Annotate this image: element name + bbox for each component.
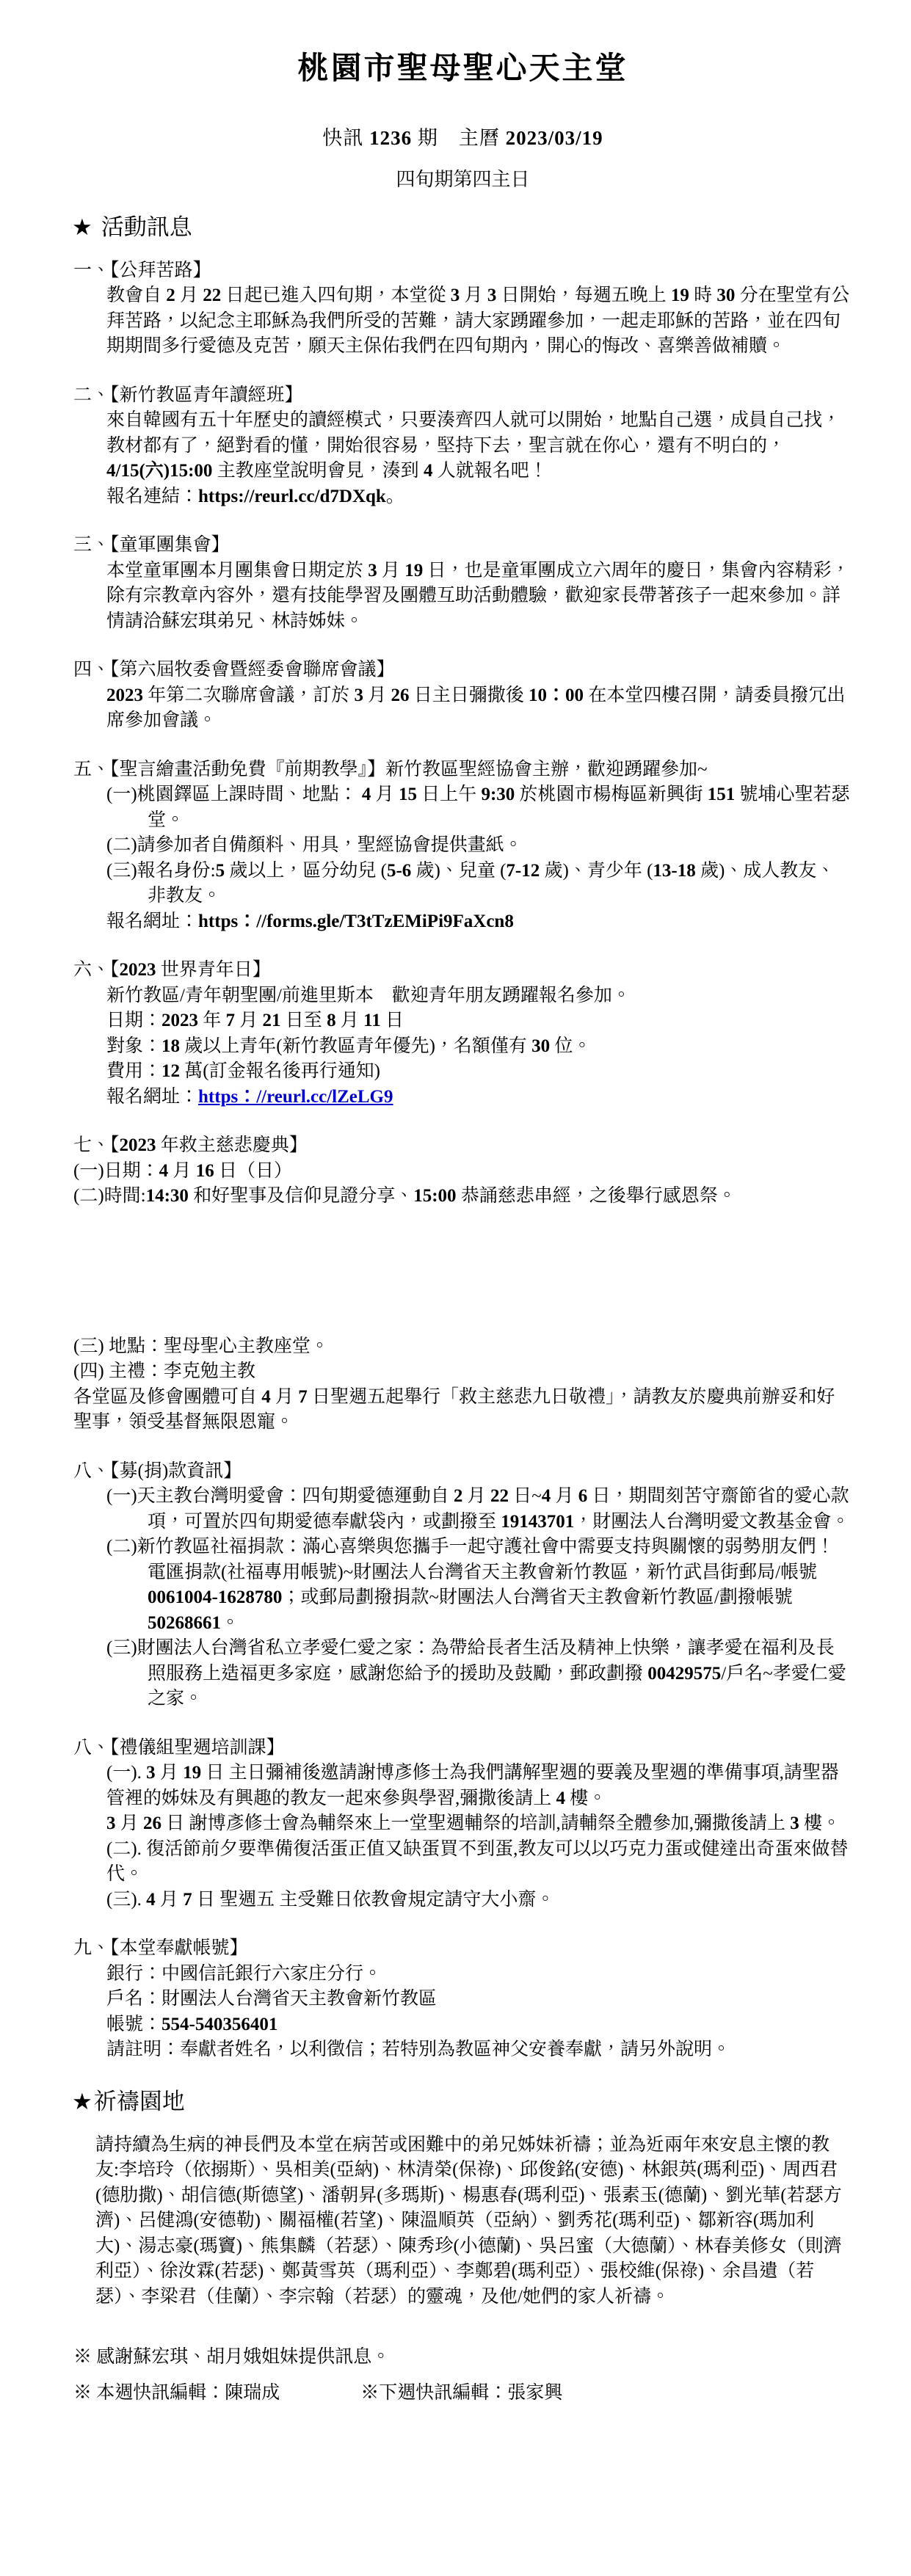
paragraph: 對象：18 歲以上青年(新竹教區青年優先)，名額僅有 30 位。 <box>106 1034 852 1060</box>
list-item: (二)時間:14:30 和好聖事及信仰見證分享、15:00 恭誦慈悲串經，之後舉… <box>73 1184 852 1209</box>
section-public-stations-of-cross: 一、【公拜苦路】教會自 2 月 22 日起已進入四旬期，本堂從 3 月 3 日開… <box>73 258 852 360</box>
section-number: 三、 <box>73 535 110 555</box>
text-run: 【募(捐)款資訊】 <box>110 1461 242 1481</box>
text-run: 【禮儀組聖週培訓課】 <box>110 1738 285 1758</box>
text-run: 月 <box>377 561 405 581</box>
text-run: 2 <box>454 1486 463 1506</box>
text-run: 。 <box>221 1613 239 1633</box>
section-title: 五、【聖言繪畫活動免費『前期教學』】新竹教區聖經協會主辦，歡迎踴躍參加~ <box>73 757 852 783</box>
text-run: 5-6 <box>387 861 411 881</box>
paragraph: 各堂區及修會團體可自 4 月 7 日聖週五起舉行「救主慈悲九日敬禮」，請教友於慶… <box>73 1385 852 1436</box>
text-run: 554-540356401 <box>161 2015 277 2034</box>
text-run: 3 <box>790 1813 799 1833</box>
text-run: 7 <box>298 1387 308 1407</box>
text-run: 時 <box>689 285 717 305</box>
section-number: 九、 <box>73 1938 110 1958</box>
text-run: 19143701 <box>501 1512 574 1532</box>
bulletin-sections: 一、【公拜苦路】教會自 2 月 22 日起已進入四旬期，本堂從 3 月 3 日開… <box>73 258 852 2063</box>
link[interactable]: https：//reurl.cc/lZeLG9 <box>198 1087 393 1107</box>
text-run: 日開始，每週五晚上 <box>496 285 671 305</box>
list-item: (三). 4 月 7 日 聖週五 主受難日依教會規定請守大小齋。 <box>106 1888 852 1913</box>
text-run: 14:30 <box>146 1186 189 1206</box>
item-marker: (一) <box>73 1161 104 1181</box>
text-run: 日（日） <box>214 1161 292 1181</box>
text-run: 【本堂奉獻帳號】 <box>110 1938 248 1958</box>
list-item: (四) 主禮：李克勉主教 <box>73 1359 852 1385</box>
text-run: 月 <box>116 1813 144 1833</box>
text-run: 日期： <box>106 1011 161 1030</box>
paragraph: 教會自 2 月 22 日起已進入四旬期，本堂從 3 月 3 日開始，每週五晚上 … <box>106 283 852 360</box>
text-run: 16 <box>196 1161 214 1181</box>
text-run: 地點：聖母聖心主教座堂。 <box>104 1336 329 1356</box>
text-run: 日上午 <box>417 785 482 804</box>
text-run: 【聖言繪畫活動免費『前期教學』】新竹教區聖經協會主辦，歡迎踴躍參加~ <box>110 760 708 779</box>
text-run: 報名網址： <box>106 1087 198 1107</box>
list-item: 請註明：奉獻者姓名，以利徵信；若特別為教區神父安養奉獻，請另外說明。 <box>106 2037 852 2063</box>
item-marker: (一). <box>106 1763 142 1783</box>
section-title: 八、【募(捐)款資訊】 <box>73 1459 852 1485</box>
text-run: https://reurl.cc/d7DXqk <box>198 487 386 506</box>
parish-title: 桃園市聖母聖心天主堂 <box>73 48 852 91</box>
section-hsinchu-youth-bible-class: 二、【新竹教區青年讀經班】來自韓國有五十年歷史的讀經模式，只要湊齊四人就可以開始… <box>73 383 852 510</box>
thanks-note: ※ 感謝蘇宏琪、胡月娥姐妹提供訊息。 <box>73 2345 852 2371</box>
text-run: 月 <box>460 285 487 305</box>
text-run: 年救主慈悲慶典】 <box>156 1135 308 1155</box>
issue-line: 快訊 1236 期 主曆 2023/03/19 <box>73 125 852 152</box>
item-marker: (三) <box>106 1638 137 1658</box>
prayer-section-header: ★祈禱園地 <box>72 2086 852 2118</box>
text-run: 7-12 <box>506 861 540 881</box>
list-item: 3 月 26 日 謝博彥修士會為輔祭來上一堂聖週輔祭的培訓,請輔祭全體參加,彌撒… <box>106 1811 852 1837</box>
text-run: 2 <box>166 285 175 305</box>
text-run: 費用： <box>106 1061 161 1081</box>
section-number: 五、 <box>73 760 110 779</box>
section-number: 二、 <box>73 385 110 405</box>
list-item: (二)新竹教區社福捐款：滿心喜樂與您攜手一起守護社會中需要支持與關懷的弱勢朋友們… <box>106 1535 852 1636</box>
paragraph: 費用：12 萬(訂金報名後再行通知) <box>106 1059 852 1085</box>
text-run: ，財團法人台灣明愛文教基金會。 <box>574 1512 849 1532</box>
activities-section-header: ★活動訊息 <box>72 212 852 244</box>
text-run: 3 <box>487 285 497 305</box>
text-run: 【童軍團集會】 <box>110 535 230 555</box>
text-run: 復活節前夕要準備復活蛋正值又缺蛋買不到蛋,教友可以以巧克力蛋或健達出奇蛋來做替代… <box>106 1839 848 1885</box>
paragraph: 日期：2023 年 7 月 21 日至 8 月 11 日 <box>106 1008 852 1034</box>
text-run: 日~ <box>509 1486 542 1506</box>
text-run: 帳號： <box>106 2015 161 2034</box>
text-run: 2023 <box>161 1011 198 1030</box>
text-run: 15:00 <box>413 1186 456 1206</box>
prayer-section: ★祈禱園地 請持續為生病的神長們及本堂在病苦或困難中的弟兄姊妹祈禱；並為近兩年來… <box>73 2086 852 2310</box>
footer-notes: ※ 感謝蘇宏琪、胡月娥姐妹提供訊息。 ※ 本週快訊編輯：陳瑞成 ※下週快訊編輯：… <box>73 2345 852 2406</box>
text-run: 來自韓國有五十年歷史的讀經模式，只要湊齊四人就可以開始，地點自己選，成員自己找，… <box>106 410 841 456</box>
text-run: 年第二次聯席會議，訂於 <box>143 685 355 705</box>
section-title: 七、【2023 年救主慈悲慶典】 <box>73 1133 852 1159</box>
text-run: 4/15(六)15:00 <box>106 461 212 481</box>
text-run: 月 <box>271 1387 299 1407</box>
text-run: 月 <box>363 685 391 705</box>
item-marker: (三). <box>106 1890 142 1910</box>
section-number: 八、 <box>73 1738 110 1758</box>
text-run: 8 <box>327 1011 336 1030</box>
text-run: 各堂區及修會團體可自 <box>73 1387 261 1407</box>
text-run: 日 謝博彥修士會為輔祭來上一堂聖週輔祭的培訓,請輔祭全體參加,彌撒後請上 <box>161 1813 790 1833</box>
text-run: 日至 <box>281 1011 327 1030</box>
text-run: ；或郵局劃撥捐款~財團法人台灣省天主教會新竹教區/劃撥帳號 <box>282 1587 792 1607</box>
text-run: 月 <box>336 1011 364 1030</box>
section-title: 一、【公拜苦路】 <box>73 258 852 284</box>
text-run: 月 <box>371 785 399 804</box>
section-title: 九、【本堂奉獻帳號】 <box>73 1936 852 1962</box>
item-marker: (一) <box>106 1486 137 1506</box>
text-run: 月 <box>168 1161 196 1181</box>
text-run: 歲)、青少年 ( <box>540 861 653 881</box>
text-run: 主禮：李克勉主教 <box>104 1361 255 1381</box>
editor-this-week: ※ 本週快訊編輯：陳瑞成 <box>73 2381 280 2406</box>
list-item: (一)日期：4 月 16 日（日） <box>73 1159 852 1185</box>
text-run: 請註明：奉獻者姓名，以利徵信；若特別為教區神父安養奉獻，請另外說明。 <box>106 2040 730 2059</box>
text-run: 7 <box>226 1011 236 1030</box>
list-item: 報名網址：https：//forms.gle/T3tTzEMiPi9FaXcn8 <box>106 909 852 935</box>
text-run: 2023/03/19 <box>506 127 603 149</box>
text-run: 和好聖事及信仰見證分享、 <box>189 1186 413 1206</box>
item-marker: (四) <box>73 1361 104 1381</box>
text-run: 新竹教區社福捐款：滿心喜樂與您攜手一起守護社會中需要支持與關懷的弱勢朋友們！電匯… <box>137 1537 835 1582</box>
item-marker: (二). <box>106 1839 142 1859</box>
text-run: 時間: <box>104 1186 146 1206</box>
text-run: 新竹教區/青年朝聖團/前進里斯本 歡迎青年朋友踴躍報名參加。 <box>106 986 631 1005</box>
list-item: 帳號：554-540356401 <box>106 2012 852 2038</box>
text-run: 月 <box>551 1486 578 1506</box>
text-run: 月 <box>235 1011 263 1030</box>
text-run: 報名身份: <box>137 861 216 881</box>
prayer-paragraph: 請持續為生病的神長們及本堂在病苦或困難中的弟兄姊妹祈禱；並為近兩年來安息主懷的教… <box>95 2133 852 2310</box>
text-run: 萬(訂金報名後再行通知) <box>180 1061 380 1081</box>
text-run: 5 <box>216 861 225 881</box>
text-run: 戶名：財團法人台灣省天主教會新竹教區 <box>106 1989 437 2009</box>
section-scout-troop-meeting: 三、【童軍團集會】本堂童軍團本月團集會日期定於 3 月 19 日，也是童軍團成立… <box>73 533 852 634</box>
text-run: 年 <box>198 1011 226 1030</box>
text-run: https：//forms.gle/T3tTzEMiPi9FaXcn8 <box>198 912 514 931</box>
text-run: 15 <box>399 785 417 804</box>
list-item: (一)桃園鐸區上課時間、地點： 4 月 15 日上午 9:30 於桃園市楊梅區新… <box>106 782 852 833</box>
text-run: 報名網址： <box>106 912 198 931</box>
text-run: 12 <box>161 1061 180 1081</box>
text-run: 26 <box>391 685 410 705</box>
section-joint-council-meeting: 四、【第六屆牧委會暨經委會聯席會議】2023 年第二次聯席會議，訂於 3 月 2… <box>73 658 852 734</box>
text-run: 19 <box>404 561 423 581</box>
section-bible-painting-activity: 五、【聖言繪畫活動免費『前期教學』】新竹教區聖經協會主辦，歡迎踴躍參加~(一)桃… <box>73 757 852 935</box>
star-icon: ★ <box>72 2089 92 2114</box>
section-title: 三、【童軍團集會】 <box>73 533 852 559</box>
text-run: 9:30 <box>481 785 515 804</box>
text-run: 10：00 <box>529 685 584 705</box>
text-run: 11 <box>363 1011 381 1030</box>
bulletin-page: 桃園市聖母聖心天主堂 快訊 1236 期 主曆 2023/03/19 四旬期第四… <box>0 0 911 2576</box>
list-item: (三)報名身份:5 歲以上，區分幼兒 (5-6 歲)、兒童 (7-12 歲)、青… <box>106 859 852 909</box>
text-run: 1236 <box>369 127 412 149</box>
section-number: 四、 <box>73 660 110 680</box>
text-run: 恭誦慈悲串經，之後舉行感恩祭。 <box>457 1186 736 1206</box>
text-run: 教會自 <box>106 285 166 305</box>
text-run: 【 <box>110 960 120 980</box>
text-run: 【公拜苦路】 <box>110 261 211 280</box>
text-run: 世界青年日】 <box>156 960 271 980</box>
text-run: 22 <box>203 285 221 305</box>
text-run: 人就報名吧！ <box>432 461 547 481</box>
activities-label: 活動訊息 <box>101 214 192 240</box>
section-parish-donation-account: 九、【本堂奉獻帳號】銀行：中國信託銀行六家庄分行。戶名：財團法人台灣省天主教會新… <box>73 1936 852 2063</box>
text-run: 18 <box>161 1036 180 1056</box>
section-number: 七、 <box>73 1135 110 1155</box>
text-run: 7 <box>183 1890 192 1910</box>
text-run: 位。 <box>550 1036 591 1056</box>
text-run: 19 <box>183 1763 201 1783</box>
text-run: 日主日彌撒後 <box>410 685 529 705</box>
list-item: (二). 復活節前夕要準備復活蛋正值又缺蛋買不到蛋,教友可以以巧克力蛋或健達出奇… <box>106 1837 852 1888</box>
text-run: 日 <box>381 1011 404 1030</box>
text-run: 報名連結： <box>106 487 198 506</box>
text-run: 日期： <box>104 1161 159 1181</box>
text-run: 21 <box>263 1011 281 1030</box>
text-run: 期 主曆 <box>412 127 506 149</box>
paragraph: 2023 年第二次聯席會議，訂於 3 月 26 日主日彌撒後 10：00 在本堂… <box>106 683 852 734</box>
section-title: 八、【禮儀組聖週培訓課】 <box>73 1736 852 1761</box>
text-run: 4 <box>146 1890 156 1910</box>
text-run: 月 <box>462 1486 490 1506</box>
text-run: 本堂童軍團本月團集會日期定於 <box>106 561 368 581</box>
text-run: 歲)、兒童 ( <box>411 861 506 881</box>
text-run: 【 <box>110 1135 120 1155</box>
editor-next-week: ※下週快訊編輯：張家興 <box>360 2381 562 2406</box>
section-number: 一、 <box>73 261 110 280</box>
section-divine-mercy-celebration-2023: 七、【2023 年救主慈悲慶典】(一)日期：4 月 16 日（日）(二)時間:1… <box>73 1133 852 1436</box>
text-run: 2023 <box>106 685 143 705</box>
section-donation-info: 八、【募(捐)款資訊】(一)天主教台灣明愛會：四旬期愛德運動自 2 月 22 日… <box>73 1459 852 1712</box>
text-run: 月 <box>156 1763 184 1783</box>
text-run: 3 <box>355 685 364 705</box>
text-run: 月 <box>156 1890 184 1910</box>
text-run: 4 <box>424 461 433 481</box>
text-run: 6 <box>578 1486 588 1506</box>
text-run: 4 <box>362 785 371 804</box>
text-run: 4 <box>556 1789 566 1808</box>
text-run: 銀行：中國信託銀行六家庄分行。 <box>106 1964 382 1984</box>
prayer-label: 祈禱園地 <box>94 2089 185 2114</box>
list-item: (一)天主教台灣明愛會：四旬期愛德運動自 2 月 22 日~4 月 6 日，期間… <box>106 1484 852 1535</box>
star-icon: ★ <box>72 214 92 240</box>
item-marker: (三) <box>106 861 137 881</box>
paragraph: 報名連結：https://reurl.cc/d7DXqk。 <box>106 484 852 510</box>
text-run: 請參加者自備顏料、用具，聖經協會提供畫紙。 <box>137 835 523 855</box>
text-run: 日起已進入四旬期，本堂從 <box>221 285 451 305</box>
list-item: (一). 3 月 19 日 主日彌補後邀請謝博彥修士為我們講解聖週的要義及聖週的… <box>106 1761 852 1811</box>
item-marker: (二) <box>106 835 137 855</box>
text-run: 151 <box>708 785 736 804</box>
text-run: 歲以上青年(新竹教區青年優先)，名額僅有 <box>180 1036 531 1056</box>
text-run: 4 <box>159 1161 169 1181</box>
section-number: 八、 <box>73 1461 110 1481</box>
list-item: (三) 地點：聖母聖心主教座堂。 <box>73 1334 852 1360</box>
list-item: (三)財團法人台灣省私立孝愛仁愛之家：為帶給長者生活及精神上快樂，讓孝愛在福利及… <box>106 1636 852 1712</box>
item-marker: (一) <box>106 785 137 804</box>
list-item: 銀行：中國信託銀行六家庄分行。 <box>106 1962 852 1987</box>
section-title: 二、【新竹教區青年讀經班】 <box>73 383 852 409</box>
paragraph: 新竹教區/青年朝聖團/前進里斯本 歡迎青年朋友踴躍報名參加。 <box>106 983 852 1009</box>
text-run: 0061004-1628780 <box>148 1587 282 1607</box>
text-run: 2023 <box>120 1135 156 1155</box>
paragraph: 來自韓國有五十年歷史的讀經模式，只要湊齊四人就可以開始，地點自己選，成員自己找，… <box>106 408 852 484</box>
text-run: 日 聖週五 主受難日依教會規定請守大小齋。 <box>192 1890 555 1910</box>
text-run: 【新竹教區青年讀經班】 <box>110 385 303 405</box>
text-run: 樓。 <box>799 1813 841 1833</box>
text-run: 4 <box>261 1387 271 1407</box>
section-title: 四、【第六屆牧委會暨經委會聯席會議】 <box>73 658 852 683</box>
text-run: 【第六屆牧委會暨經委會聯席會議】 <box>110 660 395 680</box>
section-title: 六、【2023 世界青年日】 <box>73 958 852 983</box>
text-run: 19 <box>671 285 689 305</box>
section-liturgy-holy-week-training: 八、【禮儀組聖週培訓課】(一). 3 月 19 日 主日彌補後邀請謝博彥修士為我… <box>73 1736 852 1913</box>
text-run: 13-18 <box>653 861 695 881</box>
text-run: 30 <box>531 1036 550 1056</box>
text-run: 於桃園市楊梅區新興街 <box>515 785 708 804</box>
text-run: 2023 <box>120 960 156 980</box>
item-marker: (二) <box>73 1186 104 1206</box>
editors-row: ※ 本週快訊編輯：陳瑞成 ※下週快訊編輯：張家興 <box>73 2381 852 2406</box>
text-run: 。 <box>386 487 404 506</box>
text-run: 50268661 <box>148 1613 221 1633</box>
paragraph: 本堂童軍團本月團集會日期定於 3 月 19 日，也是童軍團成立六周年的慶日，集會… <box>106 559 852 635</box>
text-run: 3 <box>106 1813 116 1833</box>
text-run: 4 <box>542 1486 551 1506</box>
text-run: 桃園鐸區上課時間、地點： <box>137 785 362 804</box>
text-run: 3 <box>368 561 377 581</box>
item-marker: (三) <box>73 1336 104 1356</box>
item-marker: (二) <box>106 1537 137 1557</box>
text-run: 22 <box>490 1486 509 1506</box>
text-run: 3 <box>451 285 460 305</box>
text-run: 3 <box>146 1763 156 1783</box>
section-number: 六、 <box>73 960 110 980</box>
text-run: 主教座堂說明會見，湊到 <box>212 461 424 481</box>
text-run: 30 <box>716 285 735 305</box>
list-item: (二)請參加者自備顏料、用具，聖經協會提供畫紙。 <box>106 833 852 859</box>
liturgical-day: 四旬期第四主日 <box>73 167 852 193</box>
text-run: 快訊 <box>322 127 369 149</box>
text-run: 天主教台灣明愛會：四旬期愛德運動自 <box>137 1486 454 1506</box>
section-world-youth-day-2023: 六、【2023 世界青年日】新竹教區/青年朝聖團/前進里斯本 歡迎青年朋友踴躍報… <box>73 958 852 1110</box>
list-item: 戶名：財團法人台灣省天主教會新竹教區 <box>106 1987 852 2012</box>
text-run: 樓。 <box>565 1789 606 1808</box>
text-run: 00429575 <box>647 1664 721 1684</box>
paragraph: 報名網址：https：//reurl.cc/lZeLG9 <box>106 1085 852 1110</box>
text-run: 26 <box>143 1813 161 1833</box>
text-run: 日 主日彌補後邀請謝博彥修士為我們講解聖週的要義及聖週的準備事項,請聖器管裡的姊… <box>106 1763 839 1808</box>
page-break-gap <box>73 1209 852 1334</box>
text-run: 歲以上，區分幼兒 ( <box>225 861 387 881</box>
text-run: 對象： <box>106 1036 161 1056</box>
text-run: 月 <box>175 285 203 305</box>
